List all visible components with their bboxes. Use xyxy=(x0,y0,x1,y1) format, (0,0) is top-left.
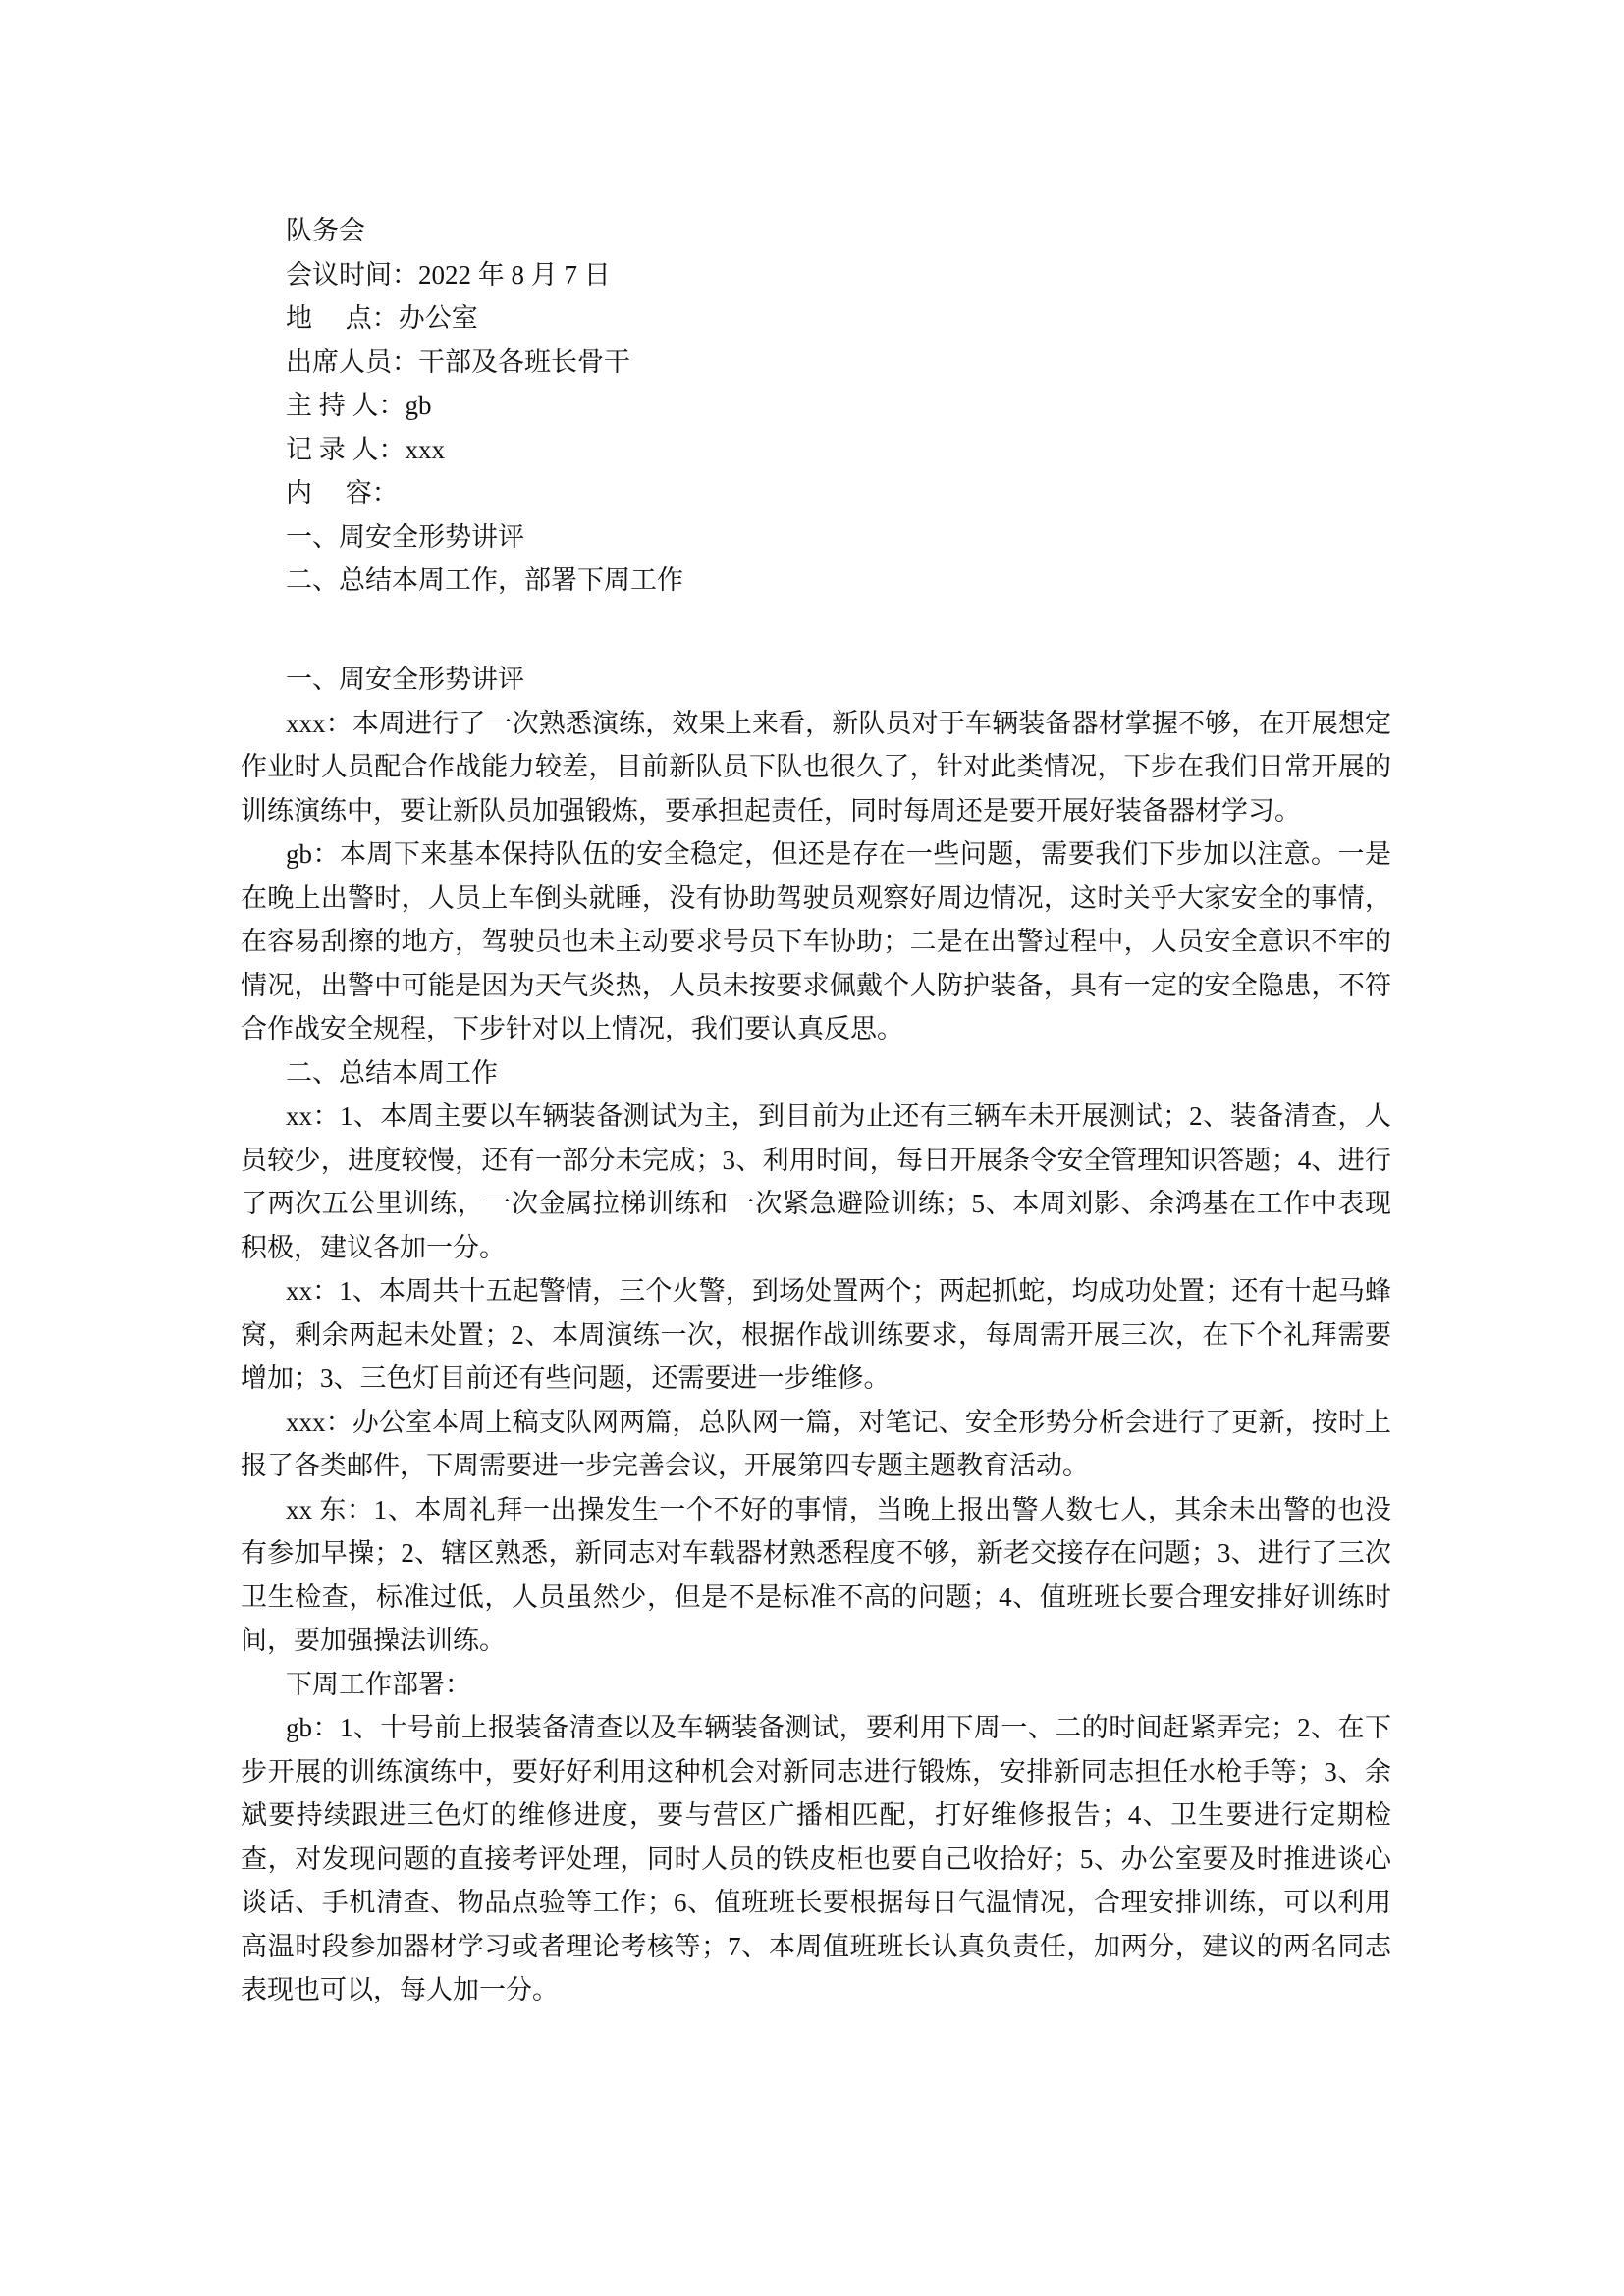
section-heading-safety-review: 一、周安全形势讲评 xyxy=(241,658,1391,702)
section-heading-next-week-plan: 下周工作部署： xyxy=(241,1663,1391,1707)
meeting-host: 主 持 人：gb xyxy=(241,384,1391,428)
paragraph: xx：1、本周主要以车辆装备测试为主，到目前为止还有三辆车未开展测试；2、装备清… xyxy=(241,1095,1391,1269)
paragraph: xx：1、本周共十五起警情，三个火警，到场处置两个；两起抓蛇，均成功处置；还有十… xyxy=(241,1269,1391,1401)
meeting-time: 会议时间：2022 年 8 月 7 日 xyxy=(241,253,1391,297)
meeting-location: 地 点：办公室 xyxy=(241,296,1391,341)
agenda-item: 一、周安全形势讲评 xyxy=(241,515,1391,560)
spacer xyxy=(241,603,1391,647)
document-page: 队务会 会议时间：2022 年 8 月 7 日 地 点：办公室 出席人员：干部及… xyxy=(241,209,1391,2012)
agenda-item: 二、总结本周工作，部署下周工作 xyxy=(241,559,1391,603)
paragraph: xxx：本周进行了一次熟悉演练，效果上来看，新队员对于车辆装备器材掌握不够，在开… xyxy=(241,702,1391,833)
paragraph: gb：本周下来基本保持队伍的安全稳定，但还是存在一些问题，需要我们下步加以注意。… xyxy=(241,832,1391,1051)
meeting-attendees: 出席人员：干部及各班长骨干 xyxy=(241,341,1391,385)
section-heading-weekly-summary: 二、总结本周工作 xyxy=(241,1051,1391,1095)
paragraph: gb：1、十号前上报装备清查以及车辆装备测试，要利用下周一、二的时间赶紧弄完；2… xyxy=(241,1706,1391,2012)
meeting-recorder: 记 录 人：xxx xyxy=(241,428,1391,472)
paragraph: xxx：办公室本周上稿支队网两篇，总队网一篇，对笔记、安全形势分析会进行了更新，… xyxy=(241,1401,1391,1488)
paragraph: xx 东：1、本周礼拜一出操发生一个不好的事情，当晚上报出警人数七人，其余未出警… xyxy=(241,1488,1391,1663)
spacer xyxy=(241,646,1391,658)
content-label: 内 容： xyxy=(241,471,1391,515)
document-title: 队务会 xyxy=(241,209,1391,253)
